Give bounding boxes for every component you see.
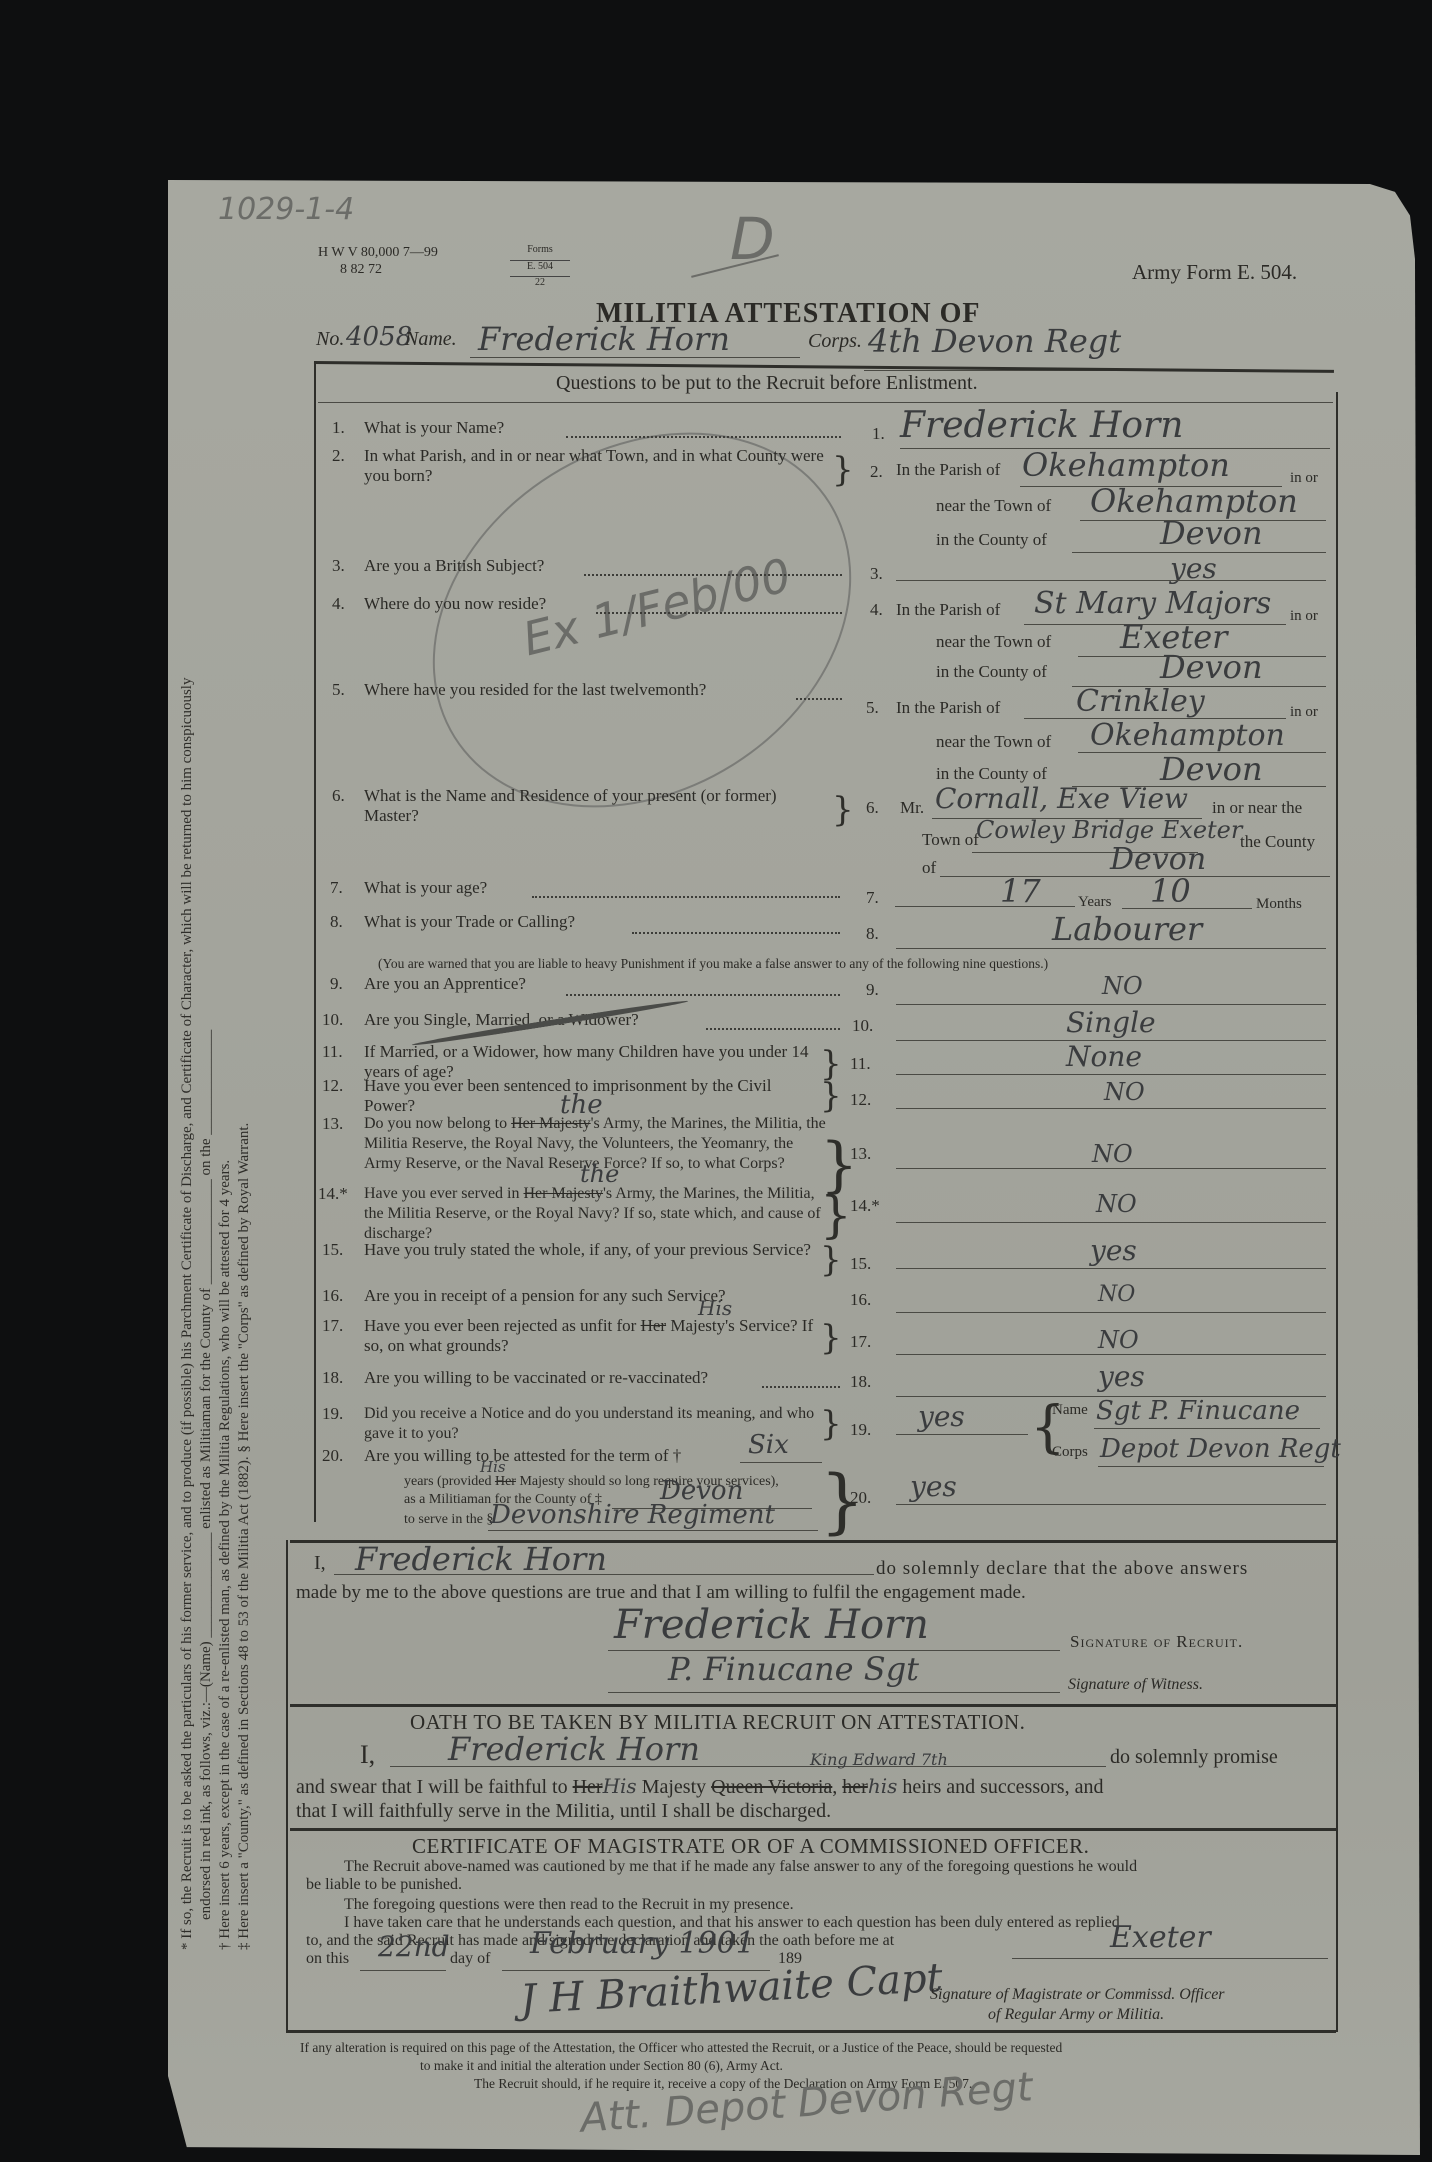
service-number: 4058	[346, 322, 412, 352]
struck-her: Her	[495, 1474, 516, 1489]
answer-residence-county: Devon	[1160, 648, 1263, 686]
inserted-the: the	[580, 1160, 619, 1188]
printer-code-line2: 8 82 72	[340, 262, 382, 278]
inserted-king-edward: King Edward 7th	[810, 1750, 948, 1769]
attestation-month-year: February 1901	[530, 1926, 755, 1961]
struck-her: Her	[573, 1776, 603, 1798]
oath-divider	[290, 1704, 1336, 1707]
no-label: No.	[316, 328, 344, 351]
answer-vaccinated: yes	[1098, 1360, 1145, 1393]
army-form-number: Army Form E. 504.	[1132, 260, 1297, 285]
struck-queen-victoria: Queen Victoria	[711, 1776, 832, 1798]
witness-signature: P. Finucane Sgt	[668, 1650, 919, 1688]
questions-heading: Questions to be put to the Recruit befor…	[556, 372, 978, 395]
answer-children: None	[1066, 1040, 1142, 1073]
answer-marital-status: Single	[1066, 1006, 1156, 1039]
notice-giver-corps: Depot Devon Regt	[1100, 1434, 1341, 1464]
answer-birth-parish: Okehampton	[1022, 446, 1230, 484]
answer-stated-service: yes	[1090, 1234, 1137, 1267]
main-box-bottom	[286, 2030, 1336, 2033]
answer-age-years: 17	[1000, 872, 1041, 910]
footer-line2: to make it and initial the alteration un…	[420, 2058, 783, 2074]
name-label: Name.	[405, 328, 457, 351]
struck-her: Her	[641, 1316, 666, 1335]
forms-sub: 22	[510, 276, 570, 288]
answer-rejected: NO	[1098, 1326, 1139, 1354]
answer-birth-county: Devon	[1160, 514, 1263, 552]
recruit-name-header: Frederick Horn	[478, 320, 730, 358]
answer-name: Frederick Horn	[900, 405, 1183, 446]
false-answer-warning: (You are warned that you are liable to h…	[378, 956, 1048, 972]
forms-label: Forms	[510, 244, 570, 255]
answer-imprisonment: NO	[1104, 1078, 1145, 1106]
answer-willing-attested: yes	[910, 1470, 957, 1503]
printer-code-line1: H W V 80,000 7—99	[318, 245, 438, 261]
inserted-his: His	[480, 1458, 506, 1476]
pencil-letter: D	[730, 205, 775, 273]
answer-master-name: Cornall, Exe View	[935, 782, 1188, 815]
corps-header: 4th Devon Regt	[868, 322, 1121, 360]
answer-age-months: 10	[1150, 872, 1191, 910]
corps-label: Corps.	[808, 330, 862, 353]
side-margin-notes: * If so, the Recruit is to be asked the …	[178, 370, 298, 1950]
recruit-signature: Frederick Horn	[614, 1602, 929, 1648]
answer-master-town: Cowley Bridge Exeter	[976, 816, 1242, 844]
answer-pension: NO	[1098, 1282, 1135, 1307]
term-years: Six	[748, 1430, 789, 1460]
certificate-heading: CERTIFICATE OF MAGISTRATE OR OF A COMMIS…	[412, 1834, 1089, 1859]
main-box-left	[314, 362, 316, 1522]
answer-residence-parish: St Mary Majors	[1034, 586, 1271, 621]
oath-name: Frederick Horn	[448, 1730, 700, 1768]
answer-notice: yes	[918, 1400, 965, 1433]
forms-number: E. 504	[510, 260, 570, 272]
answer-last-year-town: Okehampton	[1090, 718, 1285, 753]
attestation-day: 22nd	[378, 1930, 450, 1963]
declaration-name: Frederick Horn	[355, 1540, 607, 1578]
answer-trade: Labourer	[1052, 910, 1202, 948]
main-box-right	[1336, 392, 1338, 2032]
footer-line1: If any alteration is required on this pa…	[300, 2040, 1062, 2056]
inserted-his: His	[698, 1296, 732, 1320]
answer-previous-service: NO	[1096, 1190, 1137, 1218]
attestation-place: Exeter	[1110, 1920, 1211, 1955]
notice-giver-name: Sgt P. Finucane	[1096, 1396, 1300, 1426]
answer-last-year-parish: Crinkley	[1076, 684, 1205, 719]
answer-current-service: NO	[1092, 1140, 1133, 1168]
inserted-the: the	[560, 1090, 603, 1120]
pencil-reference: 1029-1-4	[218, 192, 354, 227]
regiment-name: Devonshire Regiment	[490, 1500, 775, 1530]
answer-apprentice: NO	[1102, 972, 1143, 1000]
certificate-divider	[290, 1828, 1336, 1831]
